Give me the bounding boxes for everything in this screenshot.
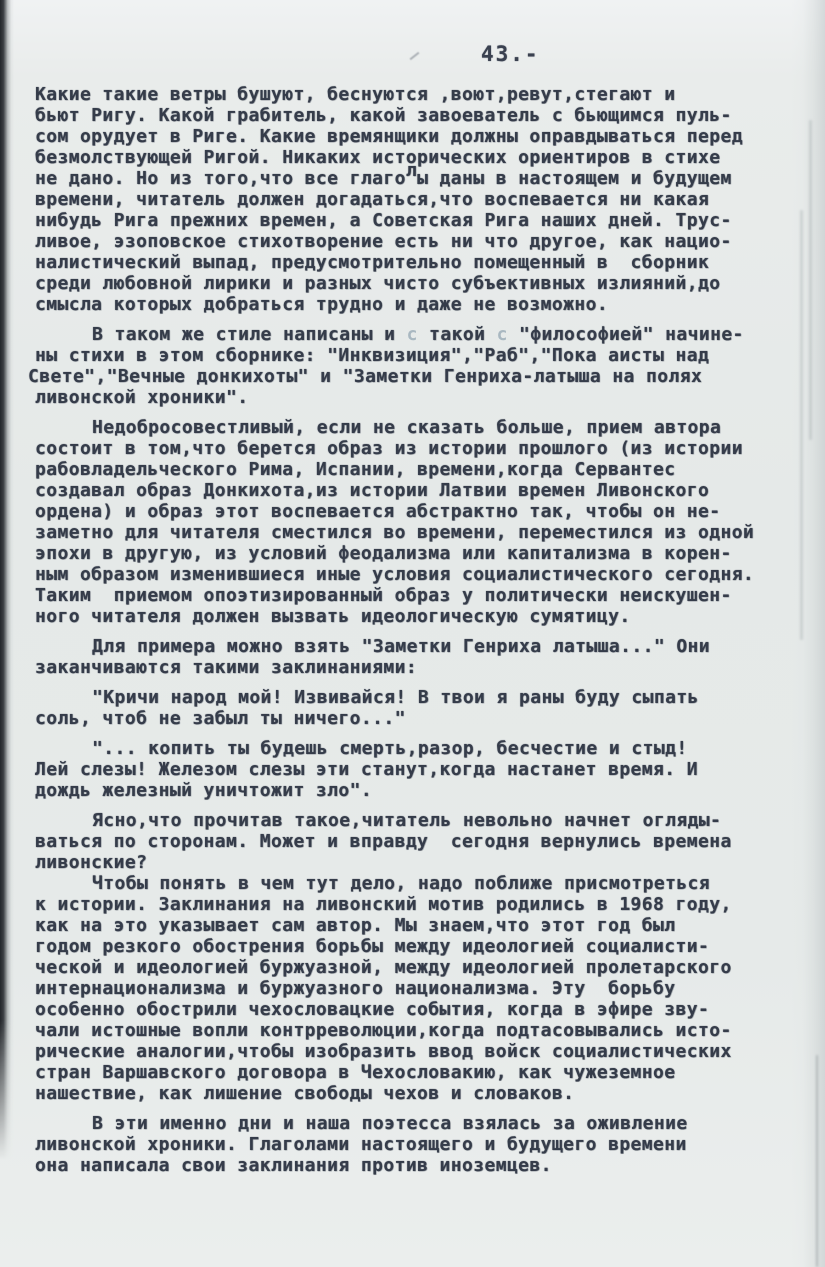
text-line: смысла которых добраться трудно и даже н… — [35, 294, 795, 315]
text-segment: Какие такие ветры бушуют, беснуются ,вою… — [35, 84, 676, 105]
text-line: соль, чтоб не забыл ты ничего..." — [35, 708, 795, 729]
text-segment: Ясно,что прочитав такое,читатель невольн… — [92, 810, 721, 831]
text-line: заметно для читателя сместился во времен… — [35, 522, 795, 543]
text-segment: рические аналогии,чтобы изобразить ввод … — [35, 1041, 732, 1062]
text-line: ливонской хроники". — [35, 387, 795, 408]
text-line: заканчиваются такими заклинаниями: — [35, 657, 795, 678]
paragraph: "Кричи народ мой! Извивайся! В твои я ра… — [35, 687, 795, 729]
paragraph: Чтобы понять в чем тут дело, надо поближ… — [35, 873, 795, 1104]
text-line: эпохи в другую, из условий феодализма ил… — [35, 543, 795, 564]
text-line: как на это указывает сам автор. Мы знаем… — [35, 915, 795, 936]
paragraph: Для примера можно взять "Заметки Генриха… — [35, 636, 795, 678]
text-segment: она написала свои заклинания против иноз… — [35, 1155, 552, 1176]
text-line: среди любовной лирики и разных чисто суб… — [35, 273, 795, 294]
text-segment: безмолствующей Ригой. Никаких историческ… — [35, 147, 720, 168]
text-segment: ливонской хроники. Глаголами настоящего … — [35, 1134, 687, 1155]
text-segment: ным образом изменившиеся иные условия со… — [35, 564, 754, 585]
text-line: интернационализма и буржуазного национал… — [35, 978, 795, 999]
superscript-correction: л — [406, 160, 417, 181]
text-segment: Лей слезы! Железом слезы эти станут,когд… — [35, 759, 698, 780]
text-line: "... копить ты будешь смерть,разор, бесч… — [35, 738, 795, 759]
text-segment: соль, чтоб не забыл ты ничего..." — [35, 708, 406, 729]
text-segment: нибудь Рига прежних времен, а Советская … — [35, 210, 732, 231]
text-line: ливонские? — [35, 852, 795, 873]
text-segment: среди любовной лирики и разных чисто суб… — [35, 273, 720, 294]
text-segment: времени, читатель должен догадаться,что … — [35, 189, 709, 210]
text-segment: Чтобы понять в чем тут дело, надо поближ… — [92, 873, 710, 894]
text-segment: к истории. Заклинания на ливонский мотив… — [35, 894, 732, 915]
text-line: Таким приемом опоэтизированный образ у п… — [35, 585, 795, 606]
text-line: создавал образ Донкихота,из истории Латв… — [35, 480, 795, 501]
text-segment: нашествие, как лишение свободы чехов и с… — [35, 1083, 574, 1104]
text-line: ливое, эзоповское стихотворение есть ни … — [35, 231, 795, 252]
faint-character: с — [497, 324, 508, 345]
text-segment: ливое, эзоповское стихотворение есть ни … — [35, 231, 732, 252]
text-segment: ваться по сторонам. Может и вправду сего… — [35, 831, 732, 852]
text-segment: годом резкого обострения борьбы между ид… — [35, 936, 709, 957]
paragraph: В эти именно дни и наша поэтесса взялась… — [35, 1113, 795, 1176]
text-line: ордена) и образ этот воспевается абстрак… — [35, 501, 795, 522]
text-segment: В таком же стиле написаны и — [92, 324, 407, 345]
text-line: налистический выпад, предусмотрительно п… — [35, 252, 795, 273]
text-line: Какие такие ветры бушуют, беснуются ,вою… — [35, 84, 795, 105]
text-segment: "философией" начине- — [508, 324, 744, 345]
text-segment: ливонские? — [35, 852, 147, 873]
text-segment: такой — [418, 324, 497, 345]
document-page: 43.- Какие такие ветры бушуют, беснуются… — [0, 0, 825, 1267]
stray-mark — [410, 52, 420, 60]
text-segment: чали истошные вопли контрреволюции,когда… — [35, 1020, 732, 1041]
faint-character: с — [407, 324, 418, 345]
text-segment: ливонской хроники". — [35, 387, 249, 408]
text-line: бьют Ригу. Какой грабитель, какой завоев… — [35, 105, 795, 126]
text-line: ным образом изменившиеся иные условия со… — [35, 564, 795, 585]
text-line: ваться по сторонам. Может и вправду сего… — [35, 831, 795, 852]
text-line: Ясно,что прочитав такое,читатель невольн… — [35, 810, 795, 831]
scan-edge-band — [791, 0, 825, 1267]
text-segment: В эти именно дни и наша поэтесса взялась… — [92, 1113, 688, 1134]
text-line: времени, читатель должен догадаться,что … — [35, 189, 795, 210]
text-segment: ческой и идеологией буржуазной, между ид… — [35, 957, 732, 978]
text-segment: Недобросовестливый, если не сказать боль… — [92, 417, 721, 438]
text-segment: не дано. Но из того,что все глаго — [35, 168, 406, 189]
text-line: к истории. Заклинания на ливонский мотив… — [35, 894, 795, 915]
paragraph: Ясно,что прочитав такое,читатель невольн… — [35, 810, 795, 873]
paragraph: "... копить ты будешь смерть,разор, бесч… — [35, 738, 795, 801]
text-segment: эпохи в другую, из условий феодализма ил… — [35, 543, 732, 564]
text-line: рические аналогии,чтобы изобразить ввод … — [35, 1041, 795, 1062]
text-segment: ордена) и образ этот воспевается абстрак… — [35, 501, 720, 522]
scan-streak — [816, 1055, 818, 1267]
text-segment: "... копить ты будешь смерть,разор, бесч… — [92, 738, 688, 759]
text-line: Лей слезы! Железом слезы эти станут,когд… — [35, 759, 795, 780]
text-segment: особенно обострили чехословацкие события… — [35, 999, 709, 1020]
text-segment: сом орудует в Риге. Какие времянщики дол… — [35, 126, 743, 147]
paragraph: Какие такие ветры бушуют, беснуются ,вою… — [35, 84, 795, 315]
text-segment: интернационализма и буржуазного национал… — [35, 978, 676, 999]
text-line: нибудь Рига прежних времен, а Советская … — [35, 210, 795, 231]
text-segment: как на это указывает сам автор. Мы знаем… — [35, 915, 676, 936]
text-segment: Свете","Вечные донкихоты" и "Заметки Ген… — [28, 366, 702, 387]
text-line: Свете","Вечные донкихоты" и "Заметки Ген… — [28, 366, 795, 387]
text-segment: "Кричи народ мой! Извивайся! В твои я ра… — [92, 687, 699, 708]
text-line: чали истошные вопли контрреволюции,когда… — [35, 1020, 795, 1041]
typewritten-text: Какие такие ветры бушуют, беснуются ,вою… — [35, 84, 795, 1185]
text-line: ческой и идеологией буржуазной, между ид… — [35, 957, 795, 978]
text-segment: дождь железный уничтожит зло". — [35, 780, 372, 801]
page-number: 43.- — [481, 42, 540, 66]
paragraph: Недобросовестливый, если не сказать боль… — [35, 417, 795, 627]
text-line: ны стихи в этом сборнике: "Инквизиция","… — [35, 345, 795, 366]
text-segment: рабовладельческого Рима, Испании, времен… — [35, 459, 676, 480]
text-line: особенно обострили чехословацкие события… — [35, 999, 795, 1020]
text-segment: стран Варшавского договора в Чехословаки… — [35, 1062, 676, 1083]
text-line: Чтобы понять в чем тут дело, надо поближ… — [35, 873, 795, 894]
text-segment: Таким приемом опоэтизированный образ у п… — [35, 585, 732, 606]
paragraph: В таком же стиле написаны и с такой с "ф… — [35, 324, 795, 408]
text-segment: Для примера можно взять "Заметки Генриха… — [92, 636, 710, 657]
text-segment: ного читателя должен вызвать идеологичес… — [35, 606, 631, 627]
text-line: дождь железный уничтожит зло". — [35, 780, 795, 801]
text-line: ливонской хроники. Глаголами настоящего … — [35, 1134, 795, 1155]
text-line: В эти именно дни и наша поэтесса взялась… — [35, 1113, 795, 1134]
text-segment: ы даны в настоящем и будущем — [417, 168, 732, 189]
scan-streak — [809, 120, 812, 440]
text-line: она написала свои заклинания против иноз… — [35, 1155, 795, 1176]
text-line: годом резкого обострения борьбы между ид… — [35, 936, 795, 957]
text-segment: налистический выпад, предусмотрительно п… — [35, 252, 709, 273]
text-line: состоит в том,что берется образ из истор… — [35, 438, 795, 459]
text-line: Недобросовестливый, если не сказать боль… — [35, 417, 795, 438]
text-segment: заканчиваются такими заклинаниями: — [35, 657, 417, 678]
scan-binding-shadow — [0, 0, 14, 1160]
text-line: рабовладельческого Рима, Испании, времен… — [35, 459, 795, 480]
text-line: нашествие, как лишение свободы чехов и с… — [35, 1083, 795, 1104]
text-line: ного читателя должен вызвать идеологичес… — [35, 606, 795, 627]
text-line: сом орудует в Риге. Какие времянщики дол… — [35, 126, 795, 147]
text-segment: смысла которых добраться трудно и даже н… — [35, 294, 608, 315]
text-line: Для примера можно взять "Заметки Генриха… — [35, 636, 795, 657]
text-segment: бьют Ригу. Какой грабитель, какой завоев… — [35, 105, 732, 126]
text-segment: состоит в том,что берется образ из истор… — [35, 438, 743, 459]
text-line: не дано. Но из того,что все глаголы даны… — [35, 168, 795, 189]
text-line: "Кричи народ мой! Извивайся! В твои я ра… — [35, 687, 795, 708]
text-segment: заметно для читателя сместился во времен… — [35, 522, 754, 543]
text-line: В таком же стиле написаны и с такой с "ф… — [35, 324, 795, 345]
text-segment: создавал образ Донкихота,из истории Латв… — [35, 480, 709, 501]
text-line: стран Варшавского договора в Чехословаки… — [35, 1062, 795, 1083]
text-segment: ны стихи в этом сборнике: "Инквизиция","… — [35, 345, 709, 366]
scan-streak — [800, 210, 803, 640]
